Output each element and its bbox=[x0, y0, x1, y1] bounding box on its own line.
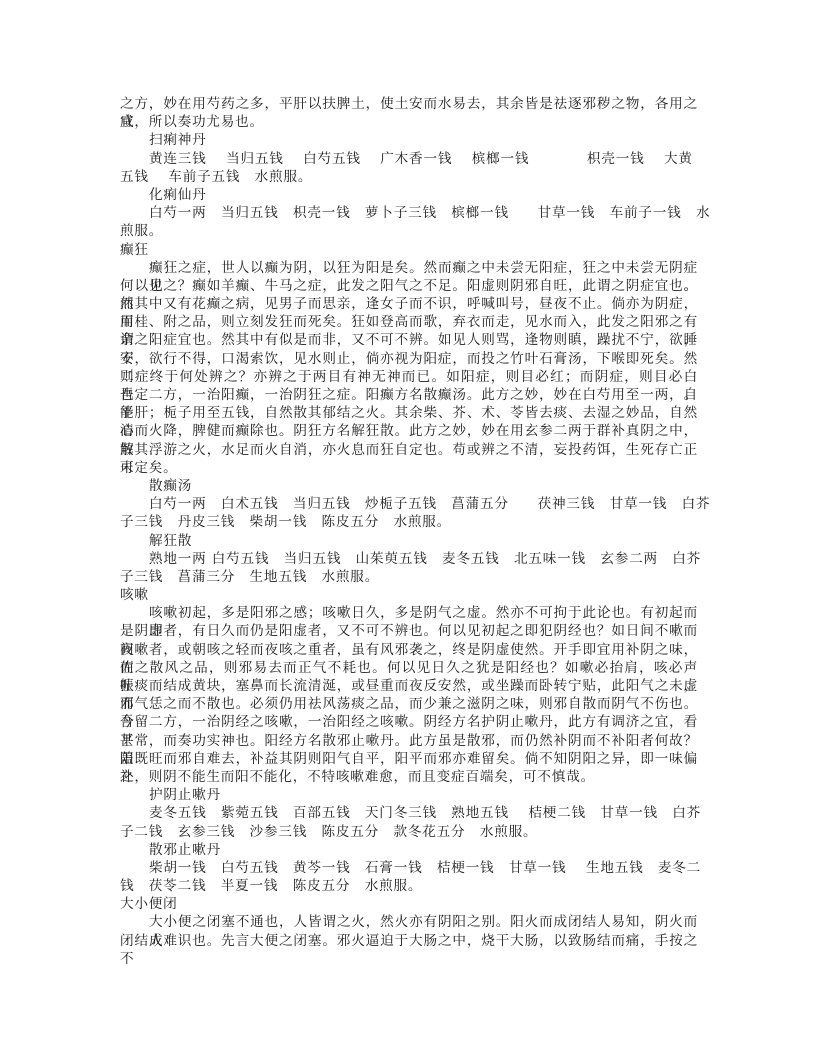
body-text-line: 宜，所以奏功尤易也。 bbox=[120, 113, 698, 131]
ingredient-line: 熟地一两 白芍五钱 当归五钱 山茱萸五钱 麦冬五钱 北五味一钱 玄参二两 白芥 bbox=[120, 550, 698, 568]
body-text-line: 之，则阴不能生而阳不能化，不特咳嗽难愈，而且变症百端矣，可不慎哉。 bbox=[120, 768, 698, 786]
body-text-line: 咳嗽初起，多是阳邪之感；咳嗽日久，多是阴气之虚。然亦不可拘于此论也。有初起而即 bbox=[120, 604, 698, 622]
formula-title: 散癫汤 bbox=[120, 477, 698, 495]
body-text-line: 谓之阳症宜也。然其中有似是而非，又不可不辨。如见人则骂，逢物则瞋，躁扰不宁，欲睡… bbox=[120, 331, 698, 349]
ingredient-line: 柴胡一钱 白芍五钱 黄芩一钱 石膏一钱 桔梗一钱 甘草一钱 生地五钱 麦冬二 bbox=[120, 859, 698, 877]
body-text-line: 散其浮游之火，水足而火自消，亦火息而狂自定也。苟或辨之不清，妄投药饵，生死存亡正… bbox=[120, 441, 698, 459]
formula-title: 解狂散 bbox=[120, 532, 698, 550]
ingredient-line: 白芍一两 当归五钱 枳壳一钱 萝卜子三钱 槟榔一钱 甘草一钱 车前子一钱 水 bbox=[120, 204, 698, 222]
ingredient-line: 煎服。 bbox=[120, 222, 698, 240]
section-heading: 癫狂 bbox=[120, 241, 698, 259]
body-text-line: 间嗽者，或朝咳之轻而夜咳之重者，虽有风邪袭之，终是阴虚使然。开手即宜用补阴之味，… bbox=[120, 641, 698, 659]
formula-title: 护阴止嗽丹 bbox=[120, 786, 698, 804]
body-text-line: 吐痰而结成黄块，塞鼻而长流清涎，或昼重而夜反安然，或坐躁而卧转宁贴，此阳气之未虚… bbox=[120, 677, 698, 695]
body-text-line: 今留二方，一治阴经之咳嗽，一治阳经之咳嗽。阴经方名护阴止嗽丹，此方有调济之宜，看… bbox=[120, 713, 698, 731]
body-text-line: 用桂、附之品，则立刻发狂而死矣。狂如登高而歌，弃衣而走，见水而入，此发之阳邪之有… bbox=[120, 313, 698, 331]
body-text-line: 可定矣。 bbox=[120, 459, 698, 477]
body-text-line: 平常，而奏功实神也。阳经方名散邪止嗽丹。此方虽是散邪，而仍然补阴而不补阳者何故？… bbox=[120, 732, 698, 750]
formula-title: 化痢仙丹 bbox=[120, 186, 698, 204]
ingredient-line: 子二钱 玄参三钱 沙参三钱 陈皮五分 款冬花五分 水煎服。 bbox=[120, 823, 698, 841]
body-text-line: 之方，妙在用芍药之多，平肝以扶脾土，使土安而水易去，其余皆是祛逐邪秽之物，各用之… bbox=[120, 95, 698, 113]
body-text-line: 癫狂之症，世人以癫为阴，以狂为阳是矣。然而癫之中未尝无阳症，狂之中未尝无阴症也。 bbox=[120, 259, 698, 277]
body-text-line: 佐之散风之品，则邪易去而正气不耗也。何以见日久之犹是阳经也？如嗽必抬肩，咳必声振… bbox=[120, 659, 698, 677]
ingredient-line: 麦冬五钱 紫菀五钱 百部五钱 天门冬三钱 熟地五钱 桔梗二钱 甘草一钱 白芥 bbox=[120, 804, 698, 822]
body-text-line: 安，欲行不得，口渴索饮，见水则止，倘亦视为阳症，而投之竹叶石膏汤，下喉即死矣。然… bbox=[120, 350, 698, 368]
document-page: 之方，妙在用芍药之多，平肝以扶脾土，使土安而水易去，其余皆是祛逐邪秽之物，各用之… bbox=[120, 95, 698, 950]
ingredient-line: 钱 茯苓二钱 半夏一钱 陈皮五分 水煎服。 bbox=[120, 877, 698, 895]
body-text-line: 吾定二方，一治阳癫，一治阴狂之症。阳癫方名散癫汤。此方之妙，妙在白芍用至一两，自… bbox=[120, 386, 698, 404]
formula-title: 散邪止嗽丹 bbox=[120, 841, 698, 859]
body-text-line: 闭结人难识也。先言大便之闭塞。邪火逼迫于大肠之中，烧干大肠，以致肠结而痛，手按之… bbox=[120, 932, 698, 950]
body-text-line: 平肝；栀子用至五钱，自然散其郁结之火。其余柴、芥、术、苓皆去痰、去湿之妙品，自然… bbox=[120, 404, 698, 422]
ingredient-line: 子三钱 菖蒲三分 生地五钱 水煎服。 bbox=[120, 568, 698, 586]
body-text-line: 何以见之？癫如羊癫、牛马之症，此发之阳气之不足。阳虚则阴邪自旺，此谓之阴症宜也。… bbox=[120, 277, 698, 295]
body-text-line: 是阴虚者，有日久而仍是阳虚者，又不可不辨也。何以见初起之即犯阴经也？如日间不嗽而… bbox=[120, 622, 698, 640]
ingredient-line: 黄连三钱 当归五钱 白芍五钱 广木香一钱 槟榔一钱 枳壳一钱 大黄 bbox=[120, 150, 698, 168]
body-text-line: 二症终于何处辨之？亦辨之于两目有神无神而已。如阳症，则目必红；而阴症，则目必白也… bbox=[120, 368, 698, 386]
section-heading: 大小便闭 bbox=[120, 895, 698, 913]
ingredient-line: 五钱 车前子五钱 水煎服。 bbox=[120, 168, 698, 186]
formula-title: 扫痢神丹 bbox=[120, 131, 698, 149]
body-text-line: 邪气恁之而不散也。必须仍用祛风荡痰之品，而少兼之滋阴之味，则邪自散而阴气不伤也。… bbox=[120, 695, 698, 713]
ingredient-line: 白芍一两 白术五钱 当归五钱 炒栀子五钱 菖蒲五分 茯神三钱 甘草一钱 白芥 bbox=[120, 495, 698, 513]
body-text-line: 清而火降，脾健而癫除也。阴狂方名解狂散。此方之妙，妙在用玄参二两于群补真阴之中，… bbox=[120, 422, 698, 440]
body-text-line: 大小便之闭塞不通也，人皆谓之火，然火亦有阴阳之别。阳火而成闭结人易知，阴火而成 bbox=[120, 913, 698, 931]
body-text-line: 而其中又有花癫之病，见男子而思亲，逢女子而不识，呼喊叫号，昼夜不止。倘亦为阴症，… bbox=[120, 295, 698, 313]
ingredient-line: 子三钱 丹皮三钱 柴胡一钱 陈皮五分 水煎服。 bbox=[120, 513, 698, 531]
body-text-line: 阳既旺而邪自难去，补益其阴则阳气自平，阳平而邪亦难留矣。倘不知阴阳之异，即一味偏… bbox=[120, 750, 698, 768]
section-heading: 咳嗽 bbox=[120, 586, 698, 604]
